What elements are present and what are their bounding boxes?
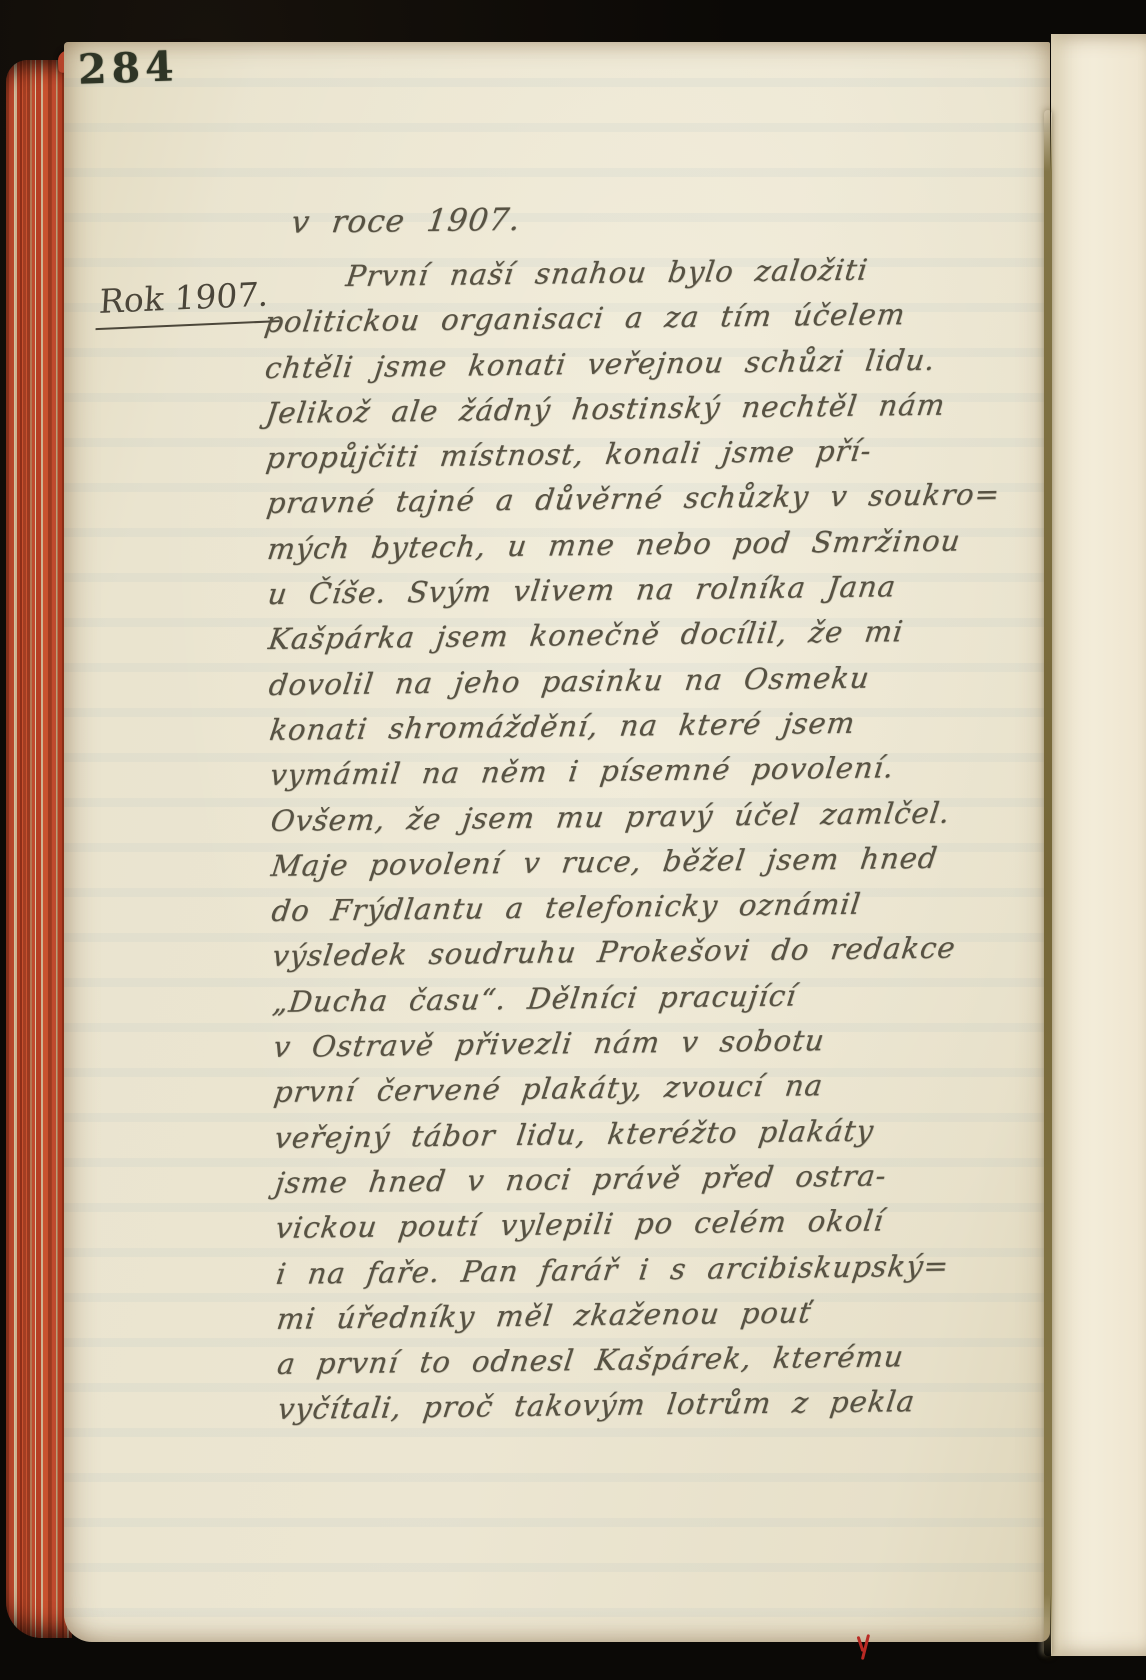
gutter-crease <box>1044 110 1052 1656</box>
margin-note-year: Rok 1907. <box>96 274 282 330</box>
margin-note-text: Rok 1907. <box>95 274 281 330</box>
book-scan: 284 Rok 1907. v roce 1907. První naší sn… <box>0 0 1146 1680</box>
page-edges-stack <box>6 60 72 1638</box>
bookmark-thread <box>856 1634 878 1664</box>
handwriting-block: v roce 1907. První naší snahou bylo zalo… <box>260 191 1015 1433</box>
chronicle-page: 284 Rok 1907. v roce 1907. První naší sn… <box>64 42 1050 1642</box>
page-number: 284 <box>77 42 179 93</box>
handwriting-lines: První naší snahou bylo založitipoliticko… <box>261 246 1015 1433</box>
entry-heading: v roce 1907. <box>289 191 1007 246</box>
handwriting-line: vyčítali, proč takovým lotrům z pekla <box>275 1378 1021 1432</box>
next-page-edge <box>1051 34 1146 1656</box>
